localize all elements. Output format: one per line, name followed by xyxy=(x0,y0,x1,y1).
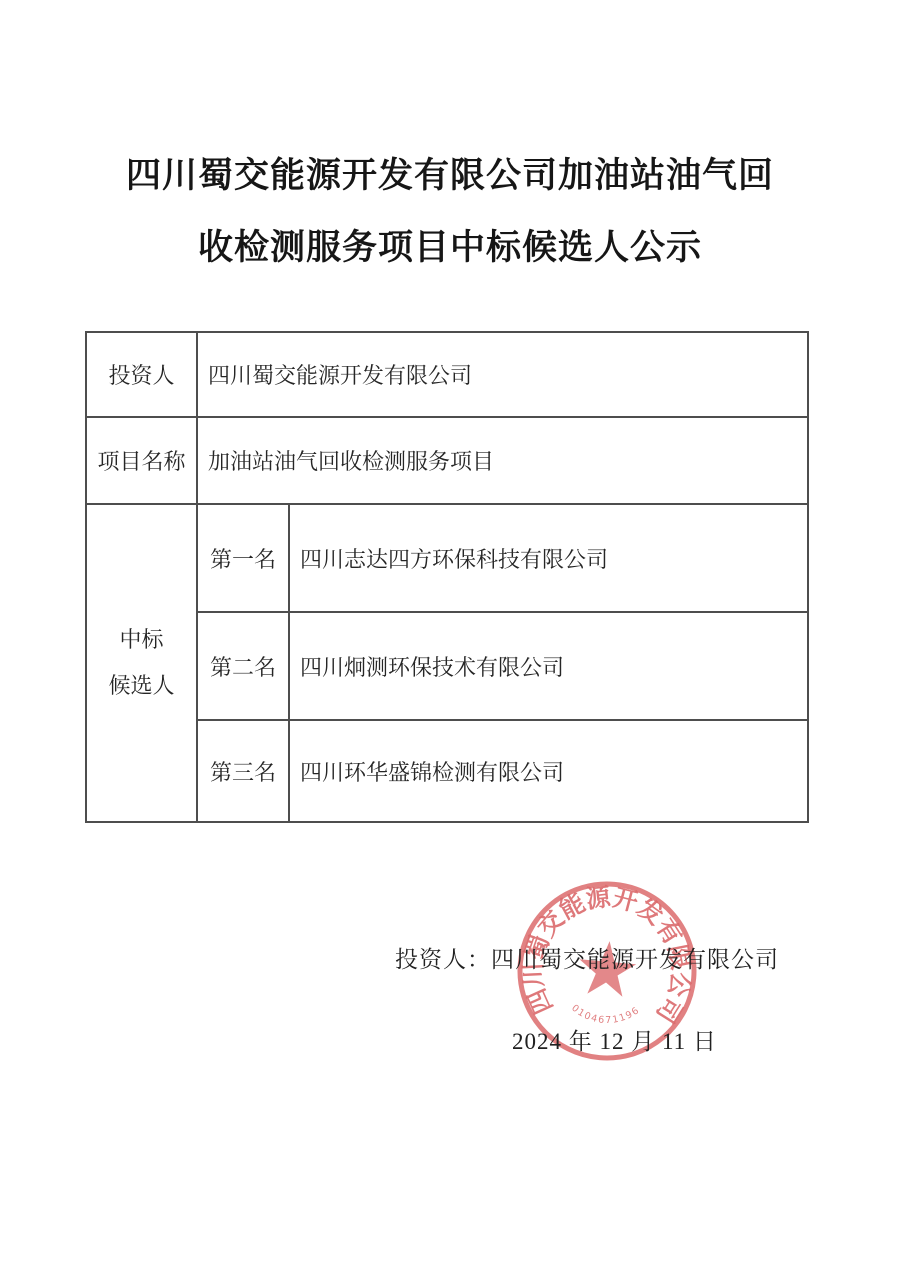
document-title-line2: 收检测服务项目中标候选人公示 xyxy=(0,212,900,284)
investor-label: 投资人 xyxy=(86,332,197,417)
project-name-value: 加油站油气回收检测服务项目 xyxy=(197,417,808,504)
project-name-label: 项目名称 xyxy=(86,417,197,504)
table-row: 投资人 四川蜀交能源开发有限公司 xyxy=(86,332,808,417)
rank-1-label: 第一名 xyxy=(197,504,289,612)
document-page: 四川蜀交能源开发有限公司加油站油气回 收检测服务项目中标候选人公示 投资人 四川… xyxy=(0,0,900,1272)
table-row: 中标 候选人 第一名 四川志达四方环保科技有限公司 xyxy=(86,504,808,612)
candidates-label: 中标 候选人 xyxy=(86,504,197,822)
document-title-line1: 四川蜀交能源开发有限公司加油站油气回 xyxy=(0,140,900,212)
candidates-label-line2: 候选人 xyxy=(88,663,195,709)
candidate-2-company: 四川炯测环保技术有限公司 xyxy=(289,612,808,720)
footer-investor-line: 投资人：四川蜀交能源开发有限公司 xyxy=(395,941,779,974)
rank-3-label: 第三名 xyxy=(197,720,289,822)
footer-date: 2024 年 12 月 11 日 xyxy=(512,1023,717,1056)
investor-value: 四川蜀交能源开发有限公司 xyxy=(197,332,808,417)
candidates-label-line1: 中标 xyxy=(88,617,195,663)
candidate-3-company: 四川环华盛锦检测有限公司 xyxy=(289,720,808,822)
document-title: 四川蜀交能源开发有限公司加油站油气回 收检测服务项目中标候选人公示 xyxy=(0,140,900,284)
table-row: 项目名称 加油站油气回收检测服务项目 xyxy=(86,417,808,504)
candidate-1-company: 四川志达四方环保科技有限公司 xyxy=(289,504,808,612)
bid-announcement-table: 投资人 四川蜀交能源开发有限公司 项目名称 加油站油气回收检测服务项目 中标 候… xyxy=(85,331,809,823)
rank-2-label: 第二名 xyxy=(197,612,289,720)
